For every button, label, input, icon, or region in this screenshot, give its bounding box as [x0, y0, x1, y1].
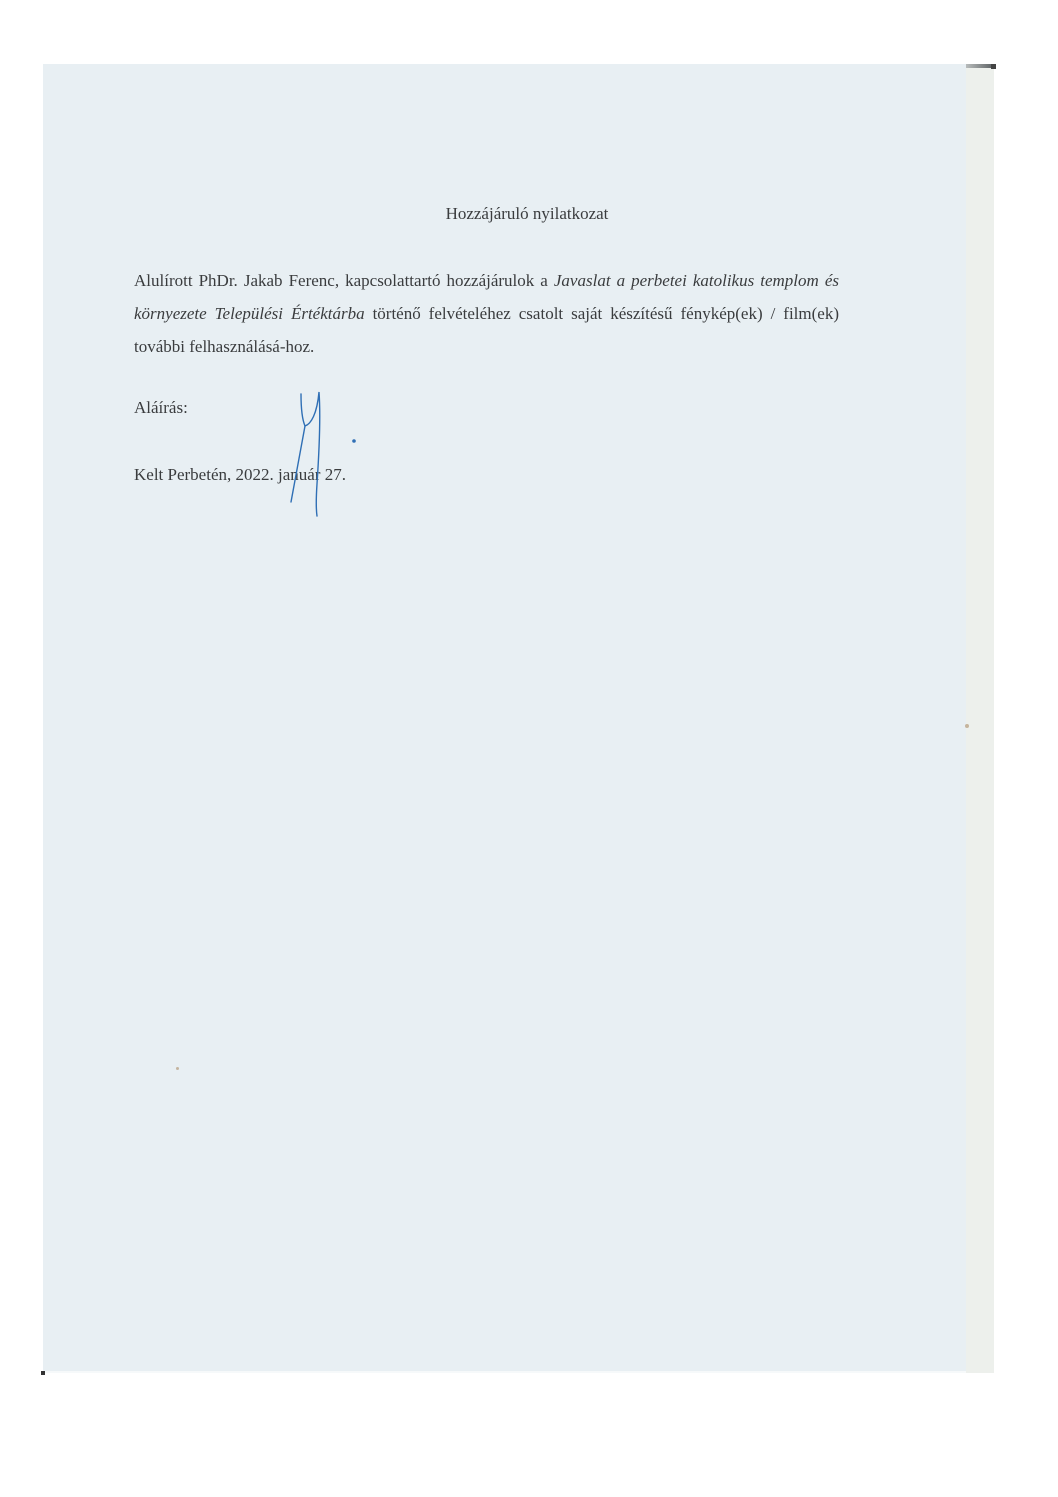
page-edge-strip	[966, 64, 994, 1373]
paper-speck	[965, 724, 969, 728]
scan-corner-mark	[966, 64, 996, 68]
paper-speck	[176, 1067, 179, 1070]
document-title-text: Hozzájáruló nyilatkozat	[446, 204, 609, 223]
signature-label: Aláírás:	[134, 398, 188, 418]
handwritten-signature	[281, 384, 371, 519]
document-title: Hozzájáruló nyilatkozat	[43, 204, 929, 224]
scan-bottom-mark	[41, 1371, 45, 1375]
scanned-page: Hozzájáruló nyilatkozat Alulírott PhDr. …	[43, 64, 994, 1373]
consent-paragraph: Alulírott PhDr. Jakab Ferenc, kapcsolatt…	[134, 264, 839, 363]
paragraph-text-1: Alulírott PhDr. Jakab Ferenc, kapcsolatt…	[134, 271, 554, 290]
